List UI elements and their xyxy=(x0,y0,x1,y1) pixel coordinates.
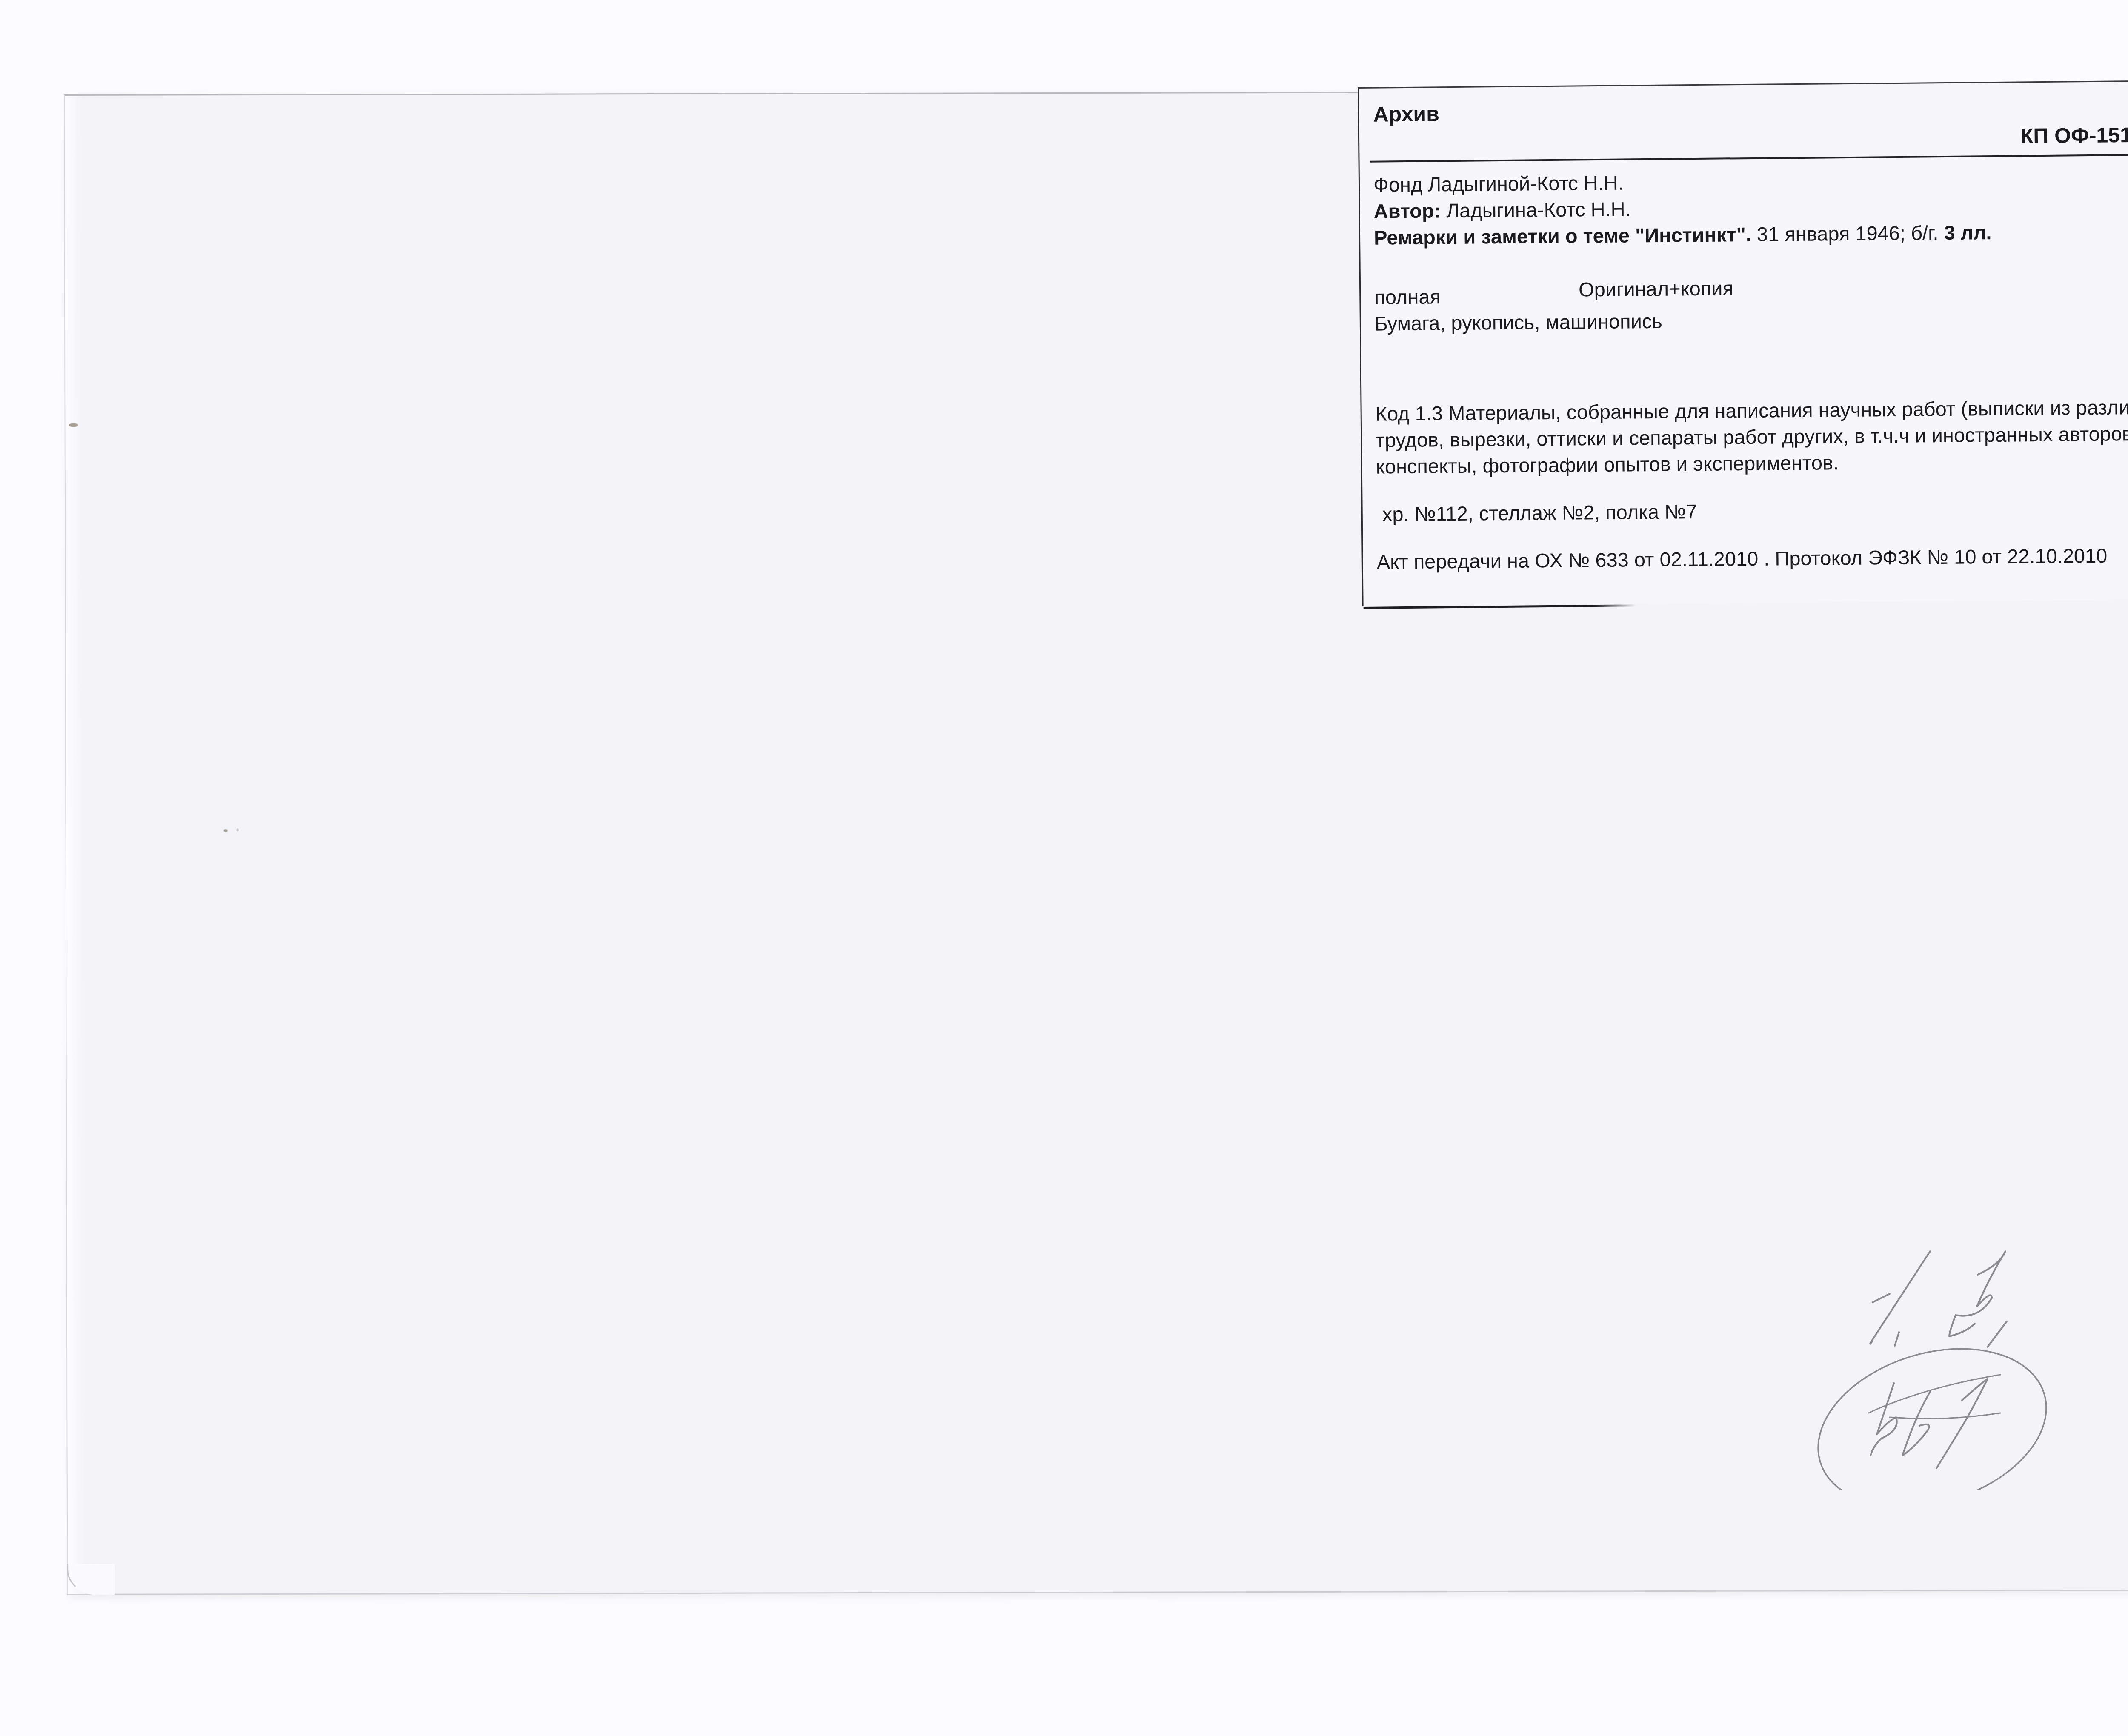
archive-label: Архив КП ОФ-15111/1360 Фонд Ладыгиной-Ко… xyxy=(1358,80,2128,606)
handwritten-annotation: 1.3. 367 xyxy=(1788,1234,2085,1490)
document-title: Ремарки и заметки о теме "Инстинкт". xyxy=(1374,223,1751,249)
label-header: Архив КП ОФ-15111/1360 xyxy=(1370,81,2128,163)
archive-heading: Архив xyxy=(1373,100,1439,128)
paper-speck xyxy=(237,828,239,831)
author-name: Ладыгина-Котс Н.Н. xyxy=(1446,197,1631,222)
document-date: 31 января 1946; б/г. xyxy=(1751,221,1939,246)
code-description: Код 1.3 Материалы, собранные для написан… xyxy=(1375,394,2128,480)
author-label: Автор: xyxy=(1373,199,1441,222)
sheet-count: 3 лл. xyxy=(1938,221,1991,244)
label-body: Фонд Ладыгиной-Котс Н.Н. Автор: Ладыгина… xyxy=(1360,155,2128,575)
inventory-number: КП ОФ-15111/1360 xyxy=(2020,120,2128,150)
folder-spine-shadow xyxy=(65,96,85,1594)
material: Бумага, рукопись, xyxy=(1375,311,1540,335)
copy-type: Оригинал+копия xyxy=(1579,275,1733,309)
completeness: полная xyxy=(1374,277,1579,311)
paper-speck xyxy=(224,829,228,832)
pencil-marks-icon xyxy=(1788,1234,2085,1490)
paper-speck xyxy=(69,423,78,427)
technique: машинопись xyxy=(1545,310,1662,333)
